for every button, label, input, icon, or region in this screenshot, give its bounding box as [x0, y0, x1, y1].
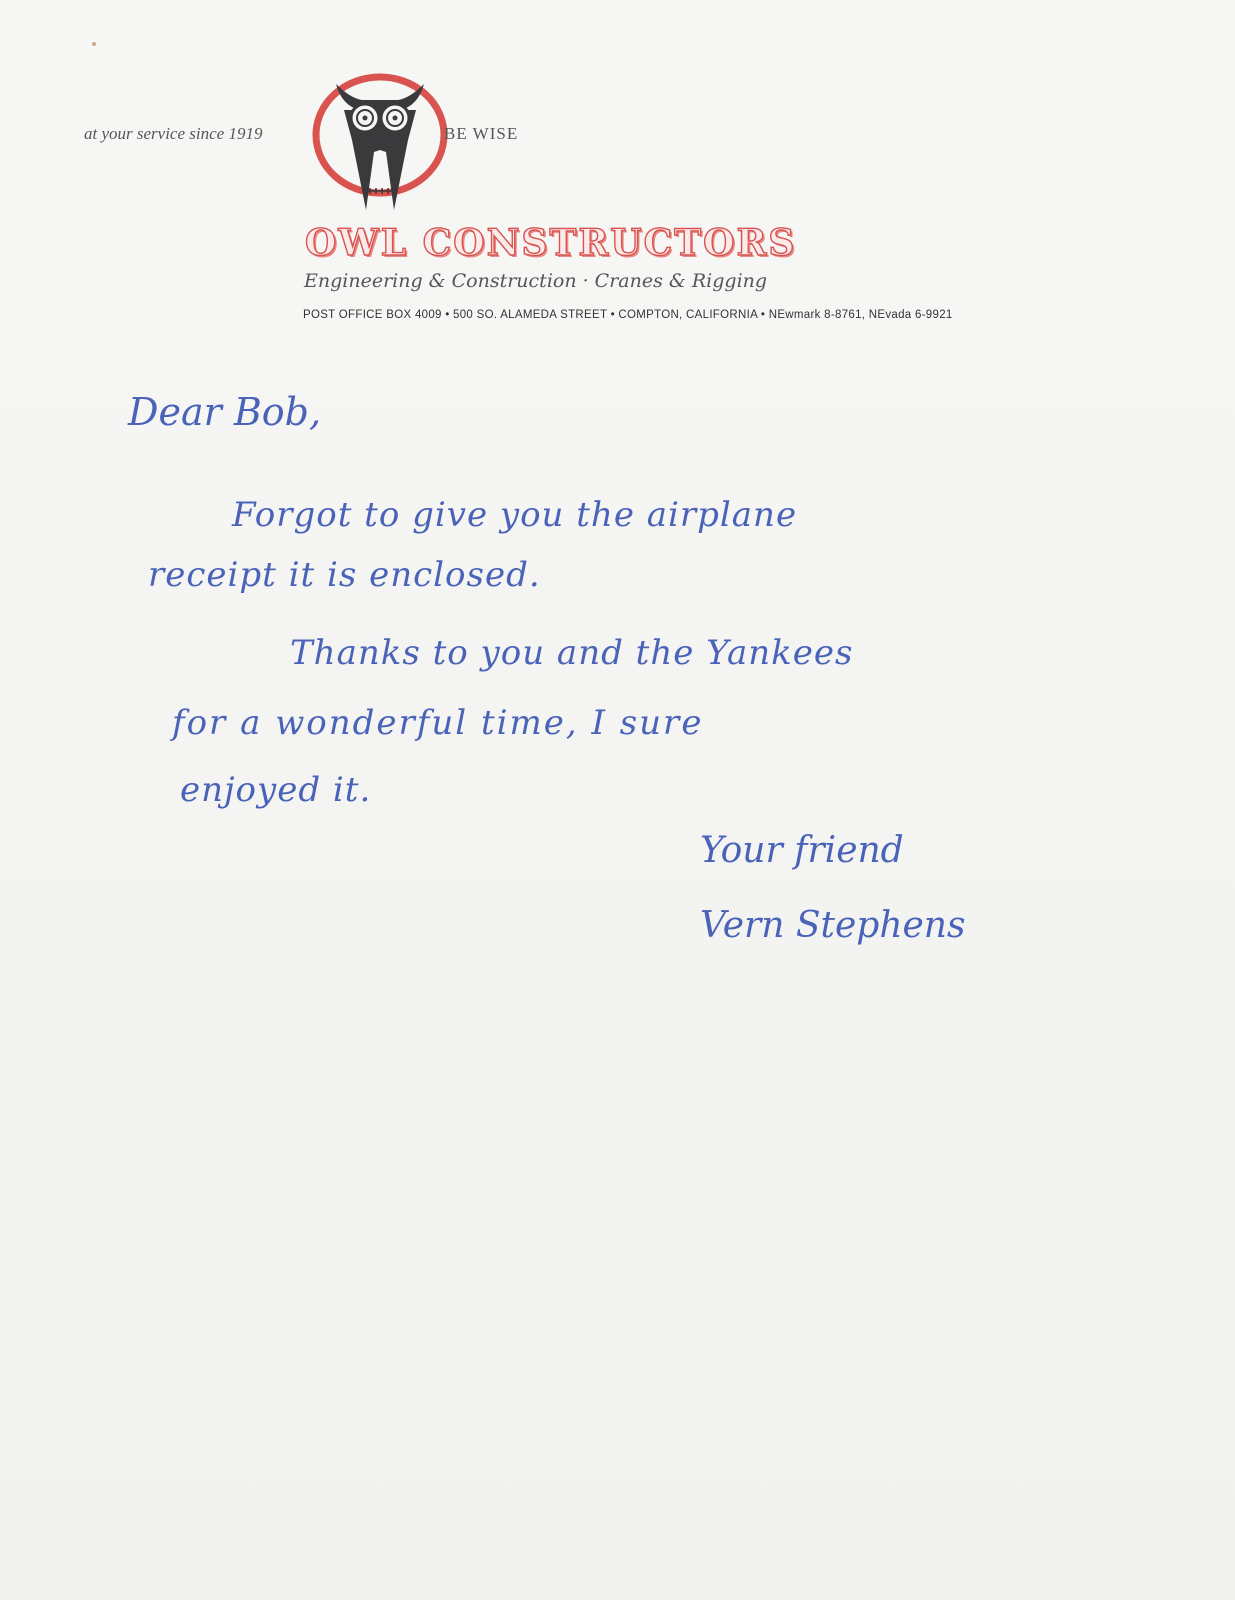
- body-line: enjoyed it.: [180, 770, 371, 810]
- company-name: OWL CONSTRUCTORS: [305, 222, 796, 264]
- letter-page: at your service since 1919 BE WISE OWL C…: [0, 0, 1235, 1600]
- signature: Vern Stephens: [700, 905, 965, 946]
- body-line: Thanks to you and the Yankees: [290, 633, 853, 673]
- company-address: POST OFFICE BOX 4009 • 500 SO. ALAMEDA S…: [303, 309, 953, 321]
- greeting: Dear Bob,: [128, 390, 321, 434]
- owl-in-circle-icon: [300, 70, 460, 220]
- body-line: receipt it is enclosed.: [148, 555, 541, 595]
- closing: Your friend: [700, 830, 904, 871]
- company-subtitle: Engineering & Construction · Cranes & Ri…: [304, 270, 767, 292]
- body-line: for a wonderful time, I sure: [172, 703, 703, 743]
- tagline-be-wise: BE WISE: [444, 124, 518, 144]
- paper-fold-line: [0, 1042, 1235, 1044]
- paper-speck: [92, 42, 96, 46]
- body-line: Forgot to give you the airplane: [232, 495, 797, 535]
- paper-fold-line: [0, 465, 1235, 467]
- tagline-since-1919: at your service since 1919: [84, 124, 262, 144]
